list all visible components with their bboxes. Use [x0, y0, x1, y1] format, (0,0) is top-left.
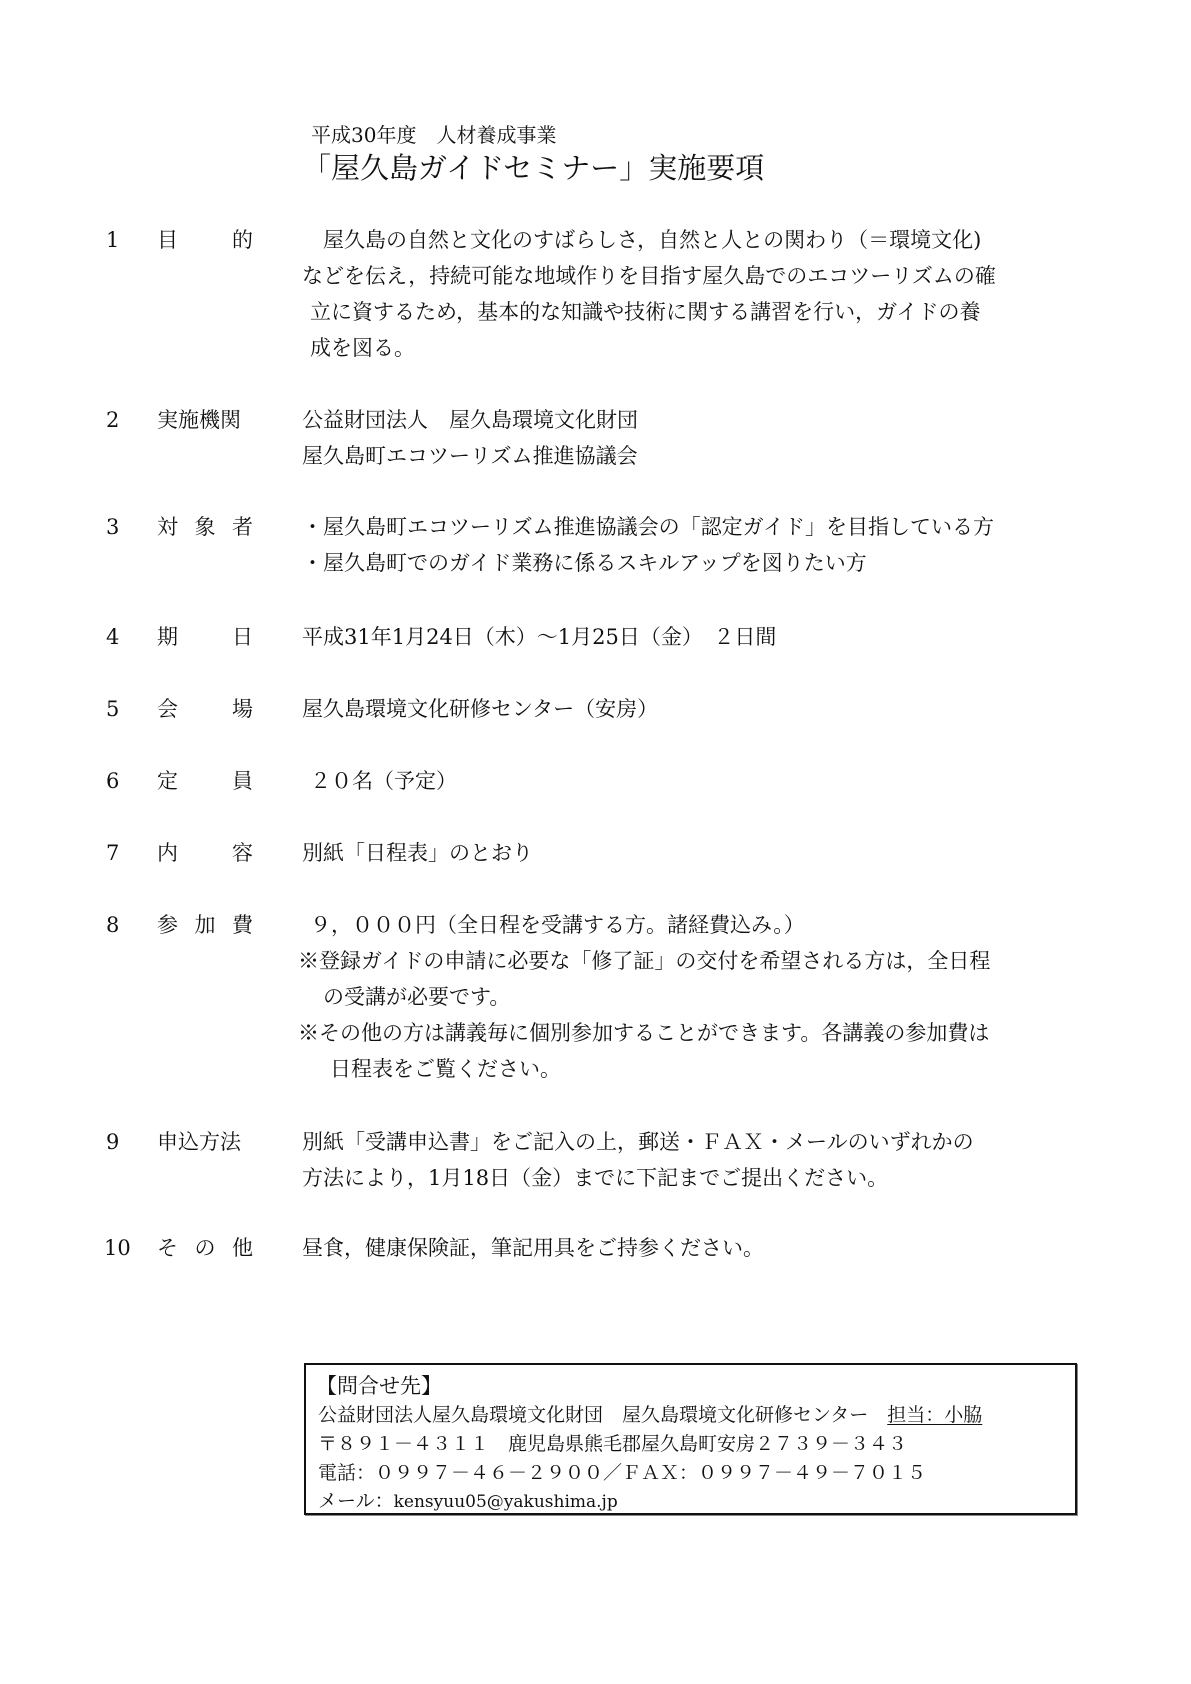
content-line: 屋久島環境文化研修センター（安房）: [302, 691, 1092, 727]
section-content: 公益財団法人 屋久島環境文化財団 屋久島町エコツーリズム推進協議会: [302, 402, 1092, 474]
content-line: ２０名（予定）: [302, 763, 1092, 799]
content-line: 平成31年1月24日（木）～1月25日（金） ２日間: [302, 619, 1092, 655]
section-label: 目 的: [157, 222, 253, 258]
section-content: 屋久島環境文化研修センター（安房）: [302, 691, 1092, 727]
content-line: 昼食，健康保険証，筆記用具をご持参ください。: [302, 1230, 1092, 1266]
label-char: 的: [232, 222, 253, 258]
content-line: ・屋久島町でのガイド業務に係るスキルアップを図りたい方: [302, 545, 1092, 581]
section-content: ・屋久島町エコツーリズム推進協議会の「認定ガイド」を目指している方 ・屋久島町で…: [302, 509, 1092, 581]
section-label: 定 員: [157, 763, 253, 799]
label-char: 者: [232, 509, 253, 545]
section-number: 7: [106, 835, 136, 871]
content-line: 成を図る。: [302, 330, 1092, 366]
section-number: 6: [106, 763, 136, 799]
content-line: ９，０００円（全日程を受講する方。諸経費込み。）: [302, 907, 1092, 943]
label-char: 日: [232, 619, 253, 655]
label-char: 容: [232, 835, 253, 871]
contact-phone-fax: 電話：０９９７－４６－２９００／ＦＡＸ：０９９７－４９－７０１５: [318, 1460, 926, 1486]
organization-name: 公益財団法人屋久島環境文化財団 屋久島環境文化研修センター: [318, 1404, 887, 1426]
content-line: 方法により，1月18日（金）までに下記までご提出ください。: [302, 1160, 1092, 1196]
section-content: 別紙「受講申込書」をご記入の上，郵送・ＦＡＸ・メールのいずれかの 方法により，1…: [302, 1124, 1092, 1196]
section-content: ２０名（予定）: [302, 763, 1092, 799]
section-number: 9: [106, 1124, 136, 1160]
content-line: などを伝え，持続可能な地域作りを目指す屋久島でのエコツーリズムの確: [302, 258, 1092, 294]
content-line: 屋久島町エコツーリズム推進協議会: [302, 438, 1092, 474]
label-char: 費: [232, 907, 253, 943]
contact-email-line: メール：kensyuu05@yakushima.jp: [318, 1488, 618, 1515]
content-line: 日程表をご覧ください。: [302, 1051, 1092, 1087]
section-label: 参 加 費: [157, 907, 253, 943]
label-char: 参: [157, 907, 178, 943]
contact-address: 〒８９１－４３１１ 鹿児島県熊毛郡屋久島町安房２７３９－３４３: [318, 1431, 907, 1457]
content-line: ※登録ガイドの申請に必要な「修了証」の交付を希望される方は，全日程: [298, 943, 1092, 979]
contact-person: 担当：小脇: [887, 1404, 982, 1426]
document-subtitle: 平成30年度 人材養成事業: [311, 122, 556, 148]
section-label: 会 場: [157, 691, 253, 727]
section-number: 3: [106, 509, 136, 545]
label-char: 目: [157, 222, 178, 258]
section-content: 屋久島の自然と文化のすばらしさ，自然と人との関わり（＝環境文化) などを伝え，持…: [302, 222, 1092, 366]
contact-organization: 公益財団法人屋久島環境文化財団 屋久島環境文化研修センター 担当：小脇: [318, 1402, 982, 1428]
section-number: 2: [106, 402, 136, 438]
label-char: 場: [232, 691, 253, 727]
label-char: の: [195, 1230, 216, 1266]
content-line: 公益財団法人 屋久島環境文化財団: [302, 402, 1092, 438]
label-char: 対: [157, 509, 178, 545]
section-label: 対 象 者: [157, 509, 253, 545]
label-char: 定: [157, 763, 178, 799]
section-label: 内 容: [157, 835, 253, 871]
content-line: の受講が必要です。: [302, 979, 1092, 1015]
contact-heading: 【問合せ先】: [316, 1373, 442, 1399]
section-label: 実施機関: [157, 402, 253, 438]
section-number: 8: [106, 907, 136, 943]
section-number: 10: [104, 1230, 134, 1266]
label-char: 員: [232, 763, 253, 799]
label-char: 加: [195, 907, 216, 943]
label-char: 内: [157, 835, 178, 871]
section-content: ９，０００円（全日程を受講する方。諸経費込み。） ※登録ガイドの申請に必要な「修…: [302, 907, 1092, 1087]
email-label: メール：: [318, 1490, 394, 1512]
document-title: 「屋久島ガイドセミナー」実施要項: [302, 150, 764, 186]
label-text: 申込方法: [157, 1124, 241, 1160]
label-char: 会: [157, 691, 178, 727]
content-line: ・屋久島町エコツーリズム推進協議会の「認定ガイド」を目指している方: [302, 509, 1092, 545]
content-line: 屋久島の自然と文化のすばらしさ，自然と人との関わり（＝環境文化): [302, 222, 1092, 258]
section-label: そ の 他: [157, 1230, 253, 1266]
section-content: 昼食，健康保険証，筆記用具をご持参ください。: [302, 1230, 1092, 1266]
section-number: 4: [106, 619, 136, 655]
email-link[interactable]: kensyuu05@yakushima.jp: [394, 1492, 618, 1512]
section-number: 1: [106, 222, 136, 258]
content-line: 立に資するため，基本的な知識や技術に関する講習を行い，ガイドの養: [302, 294, 1092, 330]
document-page: 平成30年度 人材養成事業 「屋久島ガイドセミナー」実施要項 1 目 的 屋久島…: [0, 0, 1191, 1684]
label-char: 他: [232, 1230, 253, 1266]
content-line: ※その他の方は講義毎に個別参加することができます。各講義の参加費は: [298, 1015, 1092, 1051]
content-line: 別紙「日程表」のとおり: [302, 835, 1092, 871]
label-char: 期: [157, 619, 178, 655]
label-char: そ: [157, 1230, 178, 1266]
section-content: 別紙「日程表」のとおり: [302, 835, 1092, 871]
content-line: 別紙「受講申込書」をご記入の上，郵送・ＦＡＸ・メールのいずれかの: [302, 1124, 1092, 1160]
section-number: 5: [106, 691, 136, 727]
section-content: 平成31年1月24日（木）～1月25日（金） ２日間: [302, 619, 1092, 655]
label-text: 実施機関: [157, 402, 241, 438]
contact-box: 【問合せ先】 公益財団法人屋久島環境文化財団 屋久島環境文化研修センター 担当：…: [304, 1363, 1077, 1515]
label-char: 象: [195, 509, 216, 545]
section-label: 申込方法: [157, 1124, 253, 1160]
section-label: 期 日: [157, 619, 253, 655]
